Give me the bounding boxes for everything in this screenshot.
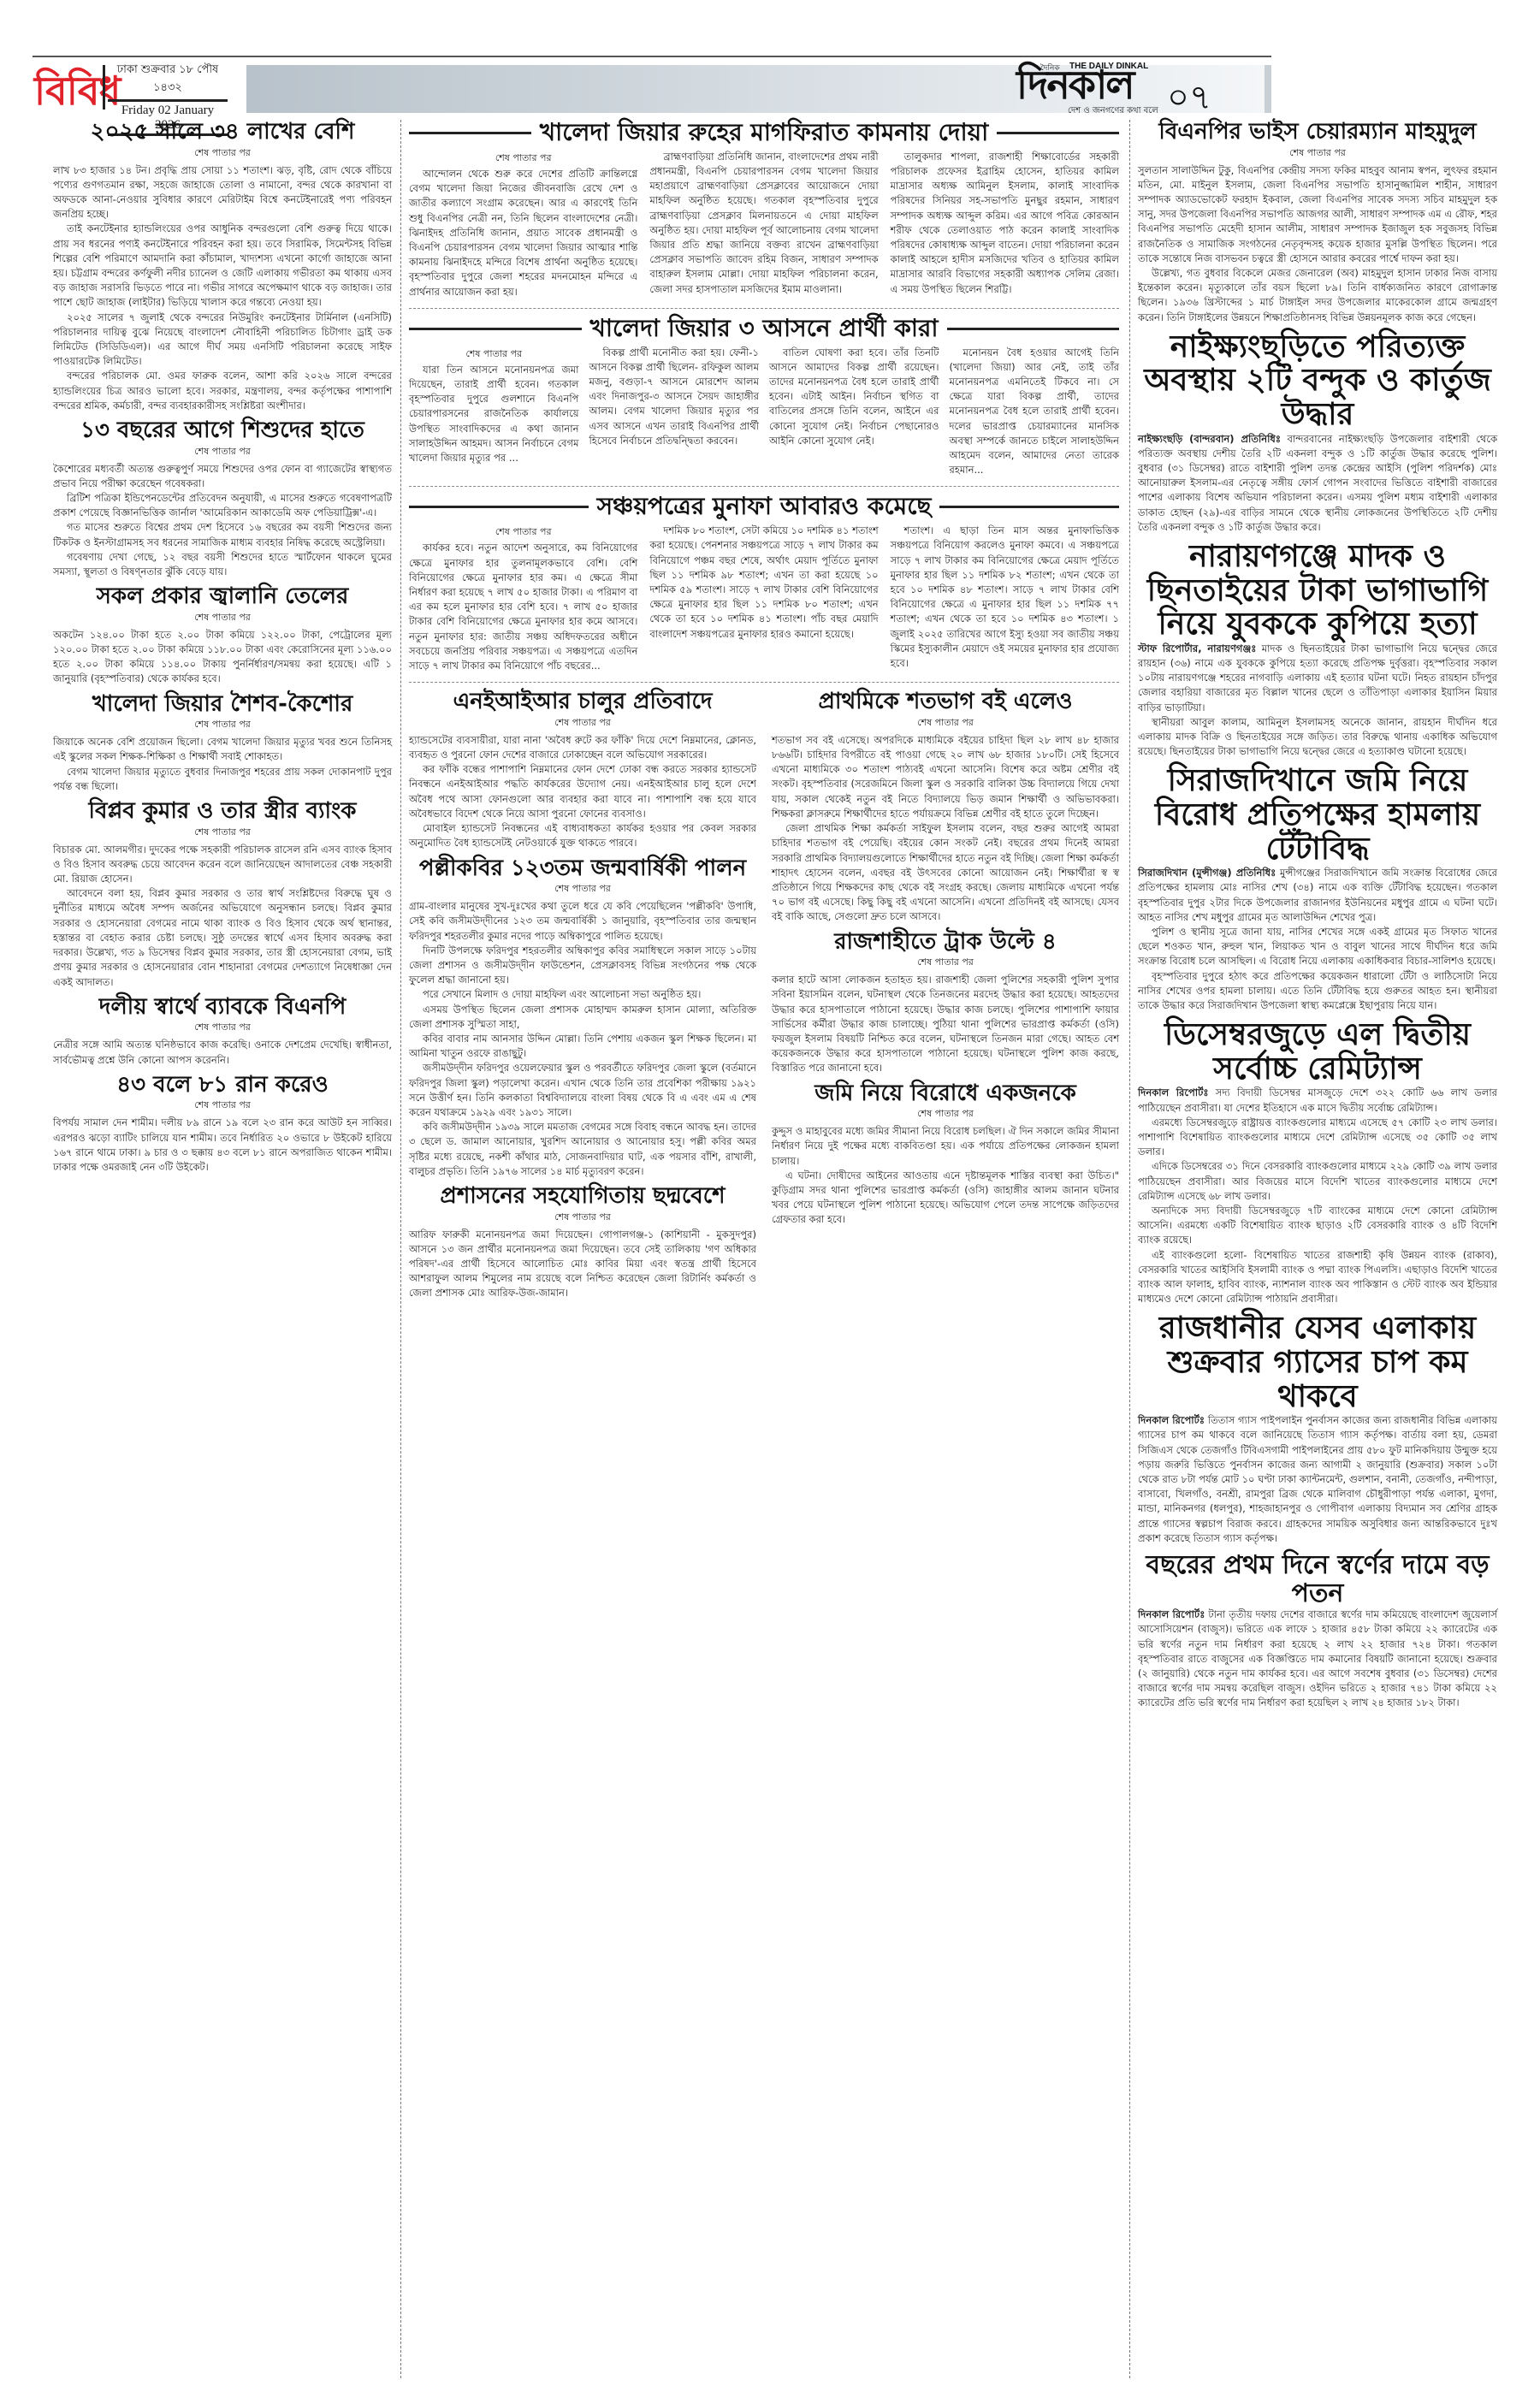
- paragraph: মোবাইল হ্যান্ডসেট নিবন্ধনের এই বাধ্যবাধক…: [409, 821, 756, 850]
- article-body: দিনকাল রিপোর্টঃ টানা তৃতীয় দফায় দেশের …: [1138, 1607, 1497, 1710]
- logo-tagline: দেশ ও জনগণের কথা বলে: [1068, 104, 1158, 119]
- article-body: সুলতান সালাউদ্দিন টুকু, বিএনপির কেন্দ্রী…: [1138, 163, 1497, 325]
- paragraph: এই ব্যাংকগুলো হলো- বিশেষায়িত খাতের রাজশ…: [1138, 1248, 1497, 1307]
- article-body: শতভাগ সব বই এসেছে। অপরদিকে মাধ্যমিকে বইয…: [772, 733, 1119, 925]
- article-children-phones: ১৩ বছরের আগে শিশুদের হাতে শেষ পাতার পর ক…: [53, 418, 392, 579]
- article-body: বিপর্যয় সামাল দেন শামীম। দলীয় ৮৯ রানে …: [53, 1116, 392, 1175]
- section-divider: [409, 308, 1119, 309]
- paragraph: এ ঘটনা। দোষীদের আইনের আওতায় এনে দৃষ্টান…: [772, 1169, 1119, 1228]
- headline-rule: [947, 328, 1120, 330]
- paragraph: ব্রিটিশ পত্রিকা ইন্ডিপেনডেন্টের প্রতিবেদ…: [53, 491, 392, 520]
- headline-rule: [409, 328, 582, 330]
- paragraph: শতভাগ সব বই এসেছে। অপরদিকে মাধ্যমিকে বইয…: [772, 733, 1119, 821]
- article-body: কলার হাটে আসা লোকজন হতাহত হয়। রাজশাহী জ…: [772, 973, 1119, 1075]
- paragraph: কৈশোরের মধ্যবর্তী অত্যন্ত গুরুত্বপুর্ণ স…: [53, 462, 392, 491]
- continued-label: শেষ পাতার পর: [53, 1020, 392, 1036]
- article-sirajdikhan-attack: সিরাজদিখানে জমি নিয়ে বিরোধ প্রতিপক্ষের …: [1138, 764, 1497, 1013]
- headline: খালেদা জিয়ার ৩ আসনে প্রার্থী কারা: [590, 316, 939, 342]
- paragraph: বিকল্প প্রার্থী মনোনীত করা হয়। ফেনী-১ আ…: [589, 346, 760, 478]
- article-gas-pressure: রাজধানীর যেসব এলাকায় শুক্রবার গ্যাসের চ…: [1138, 1311, 1497, 1546]
- article-body: অকটেন ১২৪.০০ টাকা হতে ২.০০ টাকা কমিয়ে ১…: [53, 628, 392, 687]
- paragraph: গ্রাম-বাংলার মানুষের সুখ-দুঃখের কথা তুলে…: [409, 899, 756, 944]
- headline-rule: [409, 506, 589, 508]
- article-body: শেষ পাতার পর যারা তিন আসনে মনোনয়নপত্র জ…: [409, 346, 1119, 478]
- paragraph: বিচারক মো. আলমগীর। দুদকের পক্ষে সহকারী প…: [53, 843, 392, 887]
- article-primary-books: প্রাথমিকে শতভাগ বই এলেও শেষ পাতার পর শতভ…: [772, 690, 1119, 924]
- continued-label: শেষ পাতার পর: [409, 524, 637, 539]
- headline: নারায়ণগঞ্জে মাদক ও ছিনতাইয়ের টাকা ভাগা…: [1138, 540, 1497, 642]
- masthead-divider: [103, 65, 105, 110]
- continued-label: শেষ পাতার পর: [1138, 145, 1497, 162]
- text-column: শেষ পাতার পর যারা তিন আসনে মনোনয়নপত্র জ…: [409, 346, 579, 478]
- continued-label: শেষ পাতার পর: [53, 1098, 392, 1114]
- byline: দিনকাল রিপোর্টঃ: [1138, 1608, 1205, 1620]
- logo-wordmark: দিনকাল: [1016, 65, 1134, 104]
- paragraph: বিপর্যয় সামাল দেন শামীম। দলীয় ৮৯ রানে …: [53, 1116, 392, 1175]
- continued-label: শেষ পাতার পর: [409, 881, 756, 897]
- continued-label: শেষ পাতার পর: [772, 955, 1119, 971]
- masthead-band-end: [1265, 65, 1271, 113]
- headline: খালেদা জিয়ার রুহের মাগফিরাত কামনায় দোয…: [540, 120, 989, 146]
- paragraph: কর ফাঁকি বন্ধের পাশাপাশি নিম্নমানের ফোন …: [409, 762, 756, 821]
- headline: রাজধানীর যেসব এলাকায় শুক্রবার গ্যাসের চ…: [1138, 1311, 1497, 1413]
- byline: দিনকাল রিপোর্টঃ: [1138, 1414, 1205, 1426]
- paragraph: তাই কনটেইনার হ্যান্ডলিংয়ের ওপর আধুনিক ব…: [53, 222, 392, 310]
- headline: সিরাজদিখানে জমি নিয়ে বিরোধ প্রতিপক্ষের …: [1138, 764, 1497, 866]
- article-body: দিনকাল রিপোর্টঃ তিতাস গ্যাস পাইপলাইন পুন…: [1138, 1413, 1497, 1546]
- paragraph: দিনটি উপলক্ষে ফরিদপুর শহরতলীর অম্বিকাপুর…: [409, 944, 756, 988]
- paragraph: কুদ্দুস ও মাহাবুবের মধ্যে জমির সীমানা নি…: [772, 1124, 1119, 1169]
- article-body: জিয়াকে অনেক বেশি প্রয়োজন ছিলো। বেগম খা…: [53, 735, 392, 794]
- article-admin-cooperation: প্রশাসনের সহযোগিতায় ছদ্মবেশে শেষ পাতার …: [409, 1184, 756, 1301]
- paragraph: এরমধ্যে ডিসেম্বরজুড়ে রাষ্ট্রায়ত্ত ব্যা…: [1138, 1116, 1497, 1160]
- byline: স্টাফ রিপোর্টার, নারায়ণগঞ্জঃ: [1138, 642, 1256, 654]
- continued-label: শেষ পাতার পর: [772, 715, 1119, 731]
- headline: ২০২৫ সালে ৩৪ লাখের বেশি: [53, 120, 392, 145]
- article-sanchayapatra: সঞ্চয়পত্রের মুনাফা আবারও কমেছে শেষ পাতা…: [409, 494, 1119, 673]
- text-column: শেষ পাতার পর আন্দোলন থেকে শুরু করে দেশের…: [409, 150, 637, 299]
- paragraph: অকটেন ১২৪.০০ টাকা হতে ২.০০ টাকা কমিয়ে ১…: [53, 628, 392, 687]
- column-divider: [400, 120, 401, 2378]
- article-cricket-shamim: ৪৩ বলে ৮১ রান করেও শেষ পাতার পর বিপর্যয়…: [53, 1073, 392, 1175]
- two-column-section: এনইআইআর চালুর প্রতিবাদে শেষ পাতার পর হ্য…: [409, 690, 1119, 1306]
- ruled-headline: খালেদা জিয়ার ৩ আসনে প্রার্থী কারা: [409, 316, 1119, 342]
- paragraph: পুলিশ ও স্থানীয় সূত্রে জানা যায়, নাসির…: [1138, 925, 1497, 969]
- headline: নাইক্ষ্যংছড়িতে পরিত্যক্ত অবস্থায় ২টি ব…: [1138, 330, 1497, 432]
- headline: প্রাথমিকে শতভাগ বই এলেও: [772, 690, 1119, 714]
- article-body: শেষ পাতার পর কার্যকর হবে। নতুন আদেশ অনুস…: [409, 524, 1119, 673]
- paragraph: আবেদনে বলা হয়, বিপ্লব কুমার সরকার ও তার…: [53, 886, 392, 989]
- paragraph: স্থানীয়রা আবুল কালাম, আমিনুল ইসলামসহ অন…: [1138, 715, 1497, 760]
- headline: খালেদা জিয়ার শৈশব-কৈশোর: [53, 692, 392, 717]
- headline: বিএনপির ভাইস চেয়ারম্যান মাহমুদুল: [1138, 120, 1497, 145]
- paragraph: আরিফ ফারুকী মনোনয়নপত্র জমা দিয়েছেন। গো…: [409, 1228, 756, 1301]
- middle-column: খালেদা জিয়ার রুহের মাগফিরাত কামনায় দোয…: [409, 120, 1119, 1306]
- top-rule: [33, 56, 1271, 57]
- continued-label: শেষ পাতার পর: [53, 145, 392, 162]
- article-body: স্টাফ রিপোর্টার, নারায়ণগঞ্জঃ মাদক ও ছিন…: [1138, 642, 1497, 760]
- article-biplob-bank: বিপ্লব কুমার ও তার স্ত্রীর ব্যাংক শেষ পা…: [53, 799, 392, 990]
- paragraph: এসময় উপস্থিত ছিলেন জেলা প্রশাসক মোহাম্ম…: [409, 1003, 756, 1032]
- article-body: কুদ্দুস ও মাহাবুবের মধ্যে জমির সীমানা নি…: [772, 1124, 1119, 1227]
- headline: রাজশাহীতে ট্রাক উল্টে ৪: [772, 930, 1119, 955]
- masthead: বিবিধ ঢাকা শুক্রবার ১৮ পৌষ ১৪৩২ Friday 0…: [33, 60, 1528, 116]
- headline: ডিসেম্বরজুড়ে এল দ্বিতীয় সর্বোচ্চ রেমিট…: [1138, 1018, 1497, 1086]
- headline: বিপ্লব কুমার ও তার স্ত্রীর ব্যাংক: [53, 799, 392, 824]
- paragraph: বন্দরের পরিচালক মো. ওমর ফারুক বলেন, আশা …: [53, 369, 392, 413]
- article-body: দিনকাল রিপোর্টঃ সদ্য বিদায়ী ডিসেম্বর মা…: [1138, 1086, 1497, 1306]
- paragraph: তিতাস গ্যাস পাইপলাইন পুনর্বাসন কাজের জন্…: [1138, 1414, 1497, 1544]
- paragraph: কার্যকর হবে। নতুন আদেশ অনুসারে, কম বিনিয…: [409, 541, 637, 673]
- right-column: বিএনপির ভাইস চেয়ারম্যান মাহমুদুল শেষ পা…: [1138, 120, 1497, 1716]
- article-body: নেত্রীর সঙ্গে আমি অত্যন্ত ঘনিষ্ঠভাবে কাজ…: [53, 1038, 392, 1067]
- paragraph: বেগম খালেদা জিয়ার মৃত্যুতে বুধবার দিনাজ…: [53, 765, 392, 794]
- article-neir: এনইআইআর চালুর প্রতিবাদে শেষ পাতার পর হ্য…: [409, 690, 756, 850]
- headline: ১৩ বছরের আগে শিশুদের হাতে: [53, 418, 392, 443]
- article-gold-price: বছরের প্রথম দিনে স্বর্ণের দামে বড় পতন দ…: [1138, 1551, 1497, 1710]
- article-body: নাইক্ষ্যংছড়ি (বান্দরবান) প্রতিনিধিঃ বান…: [1138, 432, 1497, 535]
- paragraph: শতাংশ। এ ছাড়া তিন মাস অন্তর মুনাফাভিত্ত…: [891, 524, 1119, 673]
- paragraph: গবেষণায় দেখা গেছে, ১২ বছর বয়সী শিশুদের…: [53, 550, 392, 579]
- article-body: লাখ ৮৩ হাজার ১৪ টন। প্রবৃদ্ধি প্রায় সোয…: [53, 163, 392, 413]
- article-khaleda-childhood: খালেদা জিয়ার শৈশব-কৈশোর শেষ পাতার পর জি…: [53, 692, 392, 794]
- paragraph: যারা তিন আসনে মনোনয়নপত্র জমা দিয়েছেন, …: [409, 363, 579, 465]
- paragraph: ২০২৫ সালের ৭ জুলাই থেকে বন্দরের নিউমুরিং…: [53, 311, 392, 370]
- paragraph: নেত্রীর সঙ্গে আমি অত্যন্ত ঘনিষ্ঠভাবে কাজ…: [53, 1038, 392, 1067]
- article-narayanganj-murder: নারায়ণগঞ্জে মাদক ও ছিনতাইয়ের টাকা ভাগা…: [1138, 540, 1497, 759]
- paragraph: জসীমউদ্‌দীন ফরিদপুর ওয়েলফেয়ার স্কুল ও …: [409, 1061, 756, 1120]
- mid-left-subcolumn: এনইআইআর চালুর প্রতিবাদে শেষ পাতার পর হ্য…: [409, 690, 756, 1306]
- headline: সকল প্রকার জ্বালানি তেলের: [53, 584, 392, 609]
- paragraph: কবির বাবার নাম আনসার উদ্দিন মোল্লা। তিনি…: [409, 1032, 756, 1061]
- paragraph: ব্রাহ্মণবাড়িয়া প্রতিনিধি জানান, বাংলাদ…: [649, 150, 878, 299]
- article-naikhongchhari-guns: নাইক্ষ্যংছড়িতে পরিত্যক্ত অবস্থায় ২টি ব…: [1138, 330, 1497, 535]
- headline: সঞ্চয়পত্রের মুনাফা আবারও কমেছে: [597, 494, 932, 520]
- paragraph: টানা তৃতীয় দফায় দেশের বাজারে স্বর্ণের …: [1138, 1608, 1497, 1708]
- ruled-headline: সঞ্চয়পত্রের মুনাফা আবারও কমেছে: [409, 494, 1119, 520]
- text-column: শেষ পাতার পর কার্যকর হবে। নতুন আদেশ অনুস…: [409, 524, 637, 673]
- article-body: শেষ পাতার পর আন্দোলন থেকে শুরু করে দেশের…: [409, 150, 1119, 299]
- headline: প্রশাসনের সহযোগিতায় ছদ্মবেশে: [409, 1184, 756, 1209]
- paragraph: এদিকে ডিসেম্বরের ৩১ দিনে বেসরকারি ব্যাংক…: [1138, 1159, 1497, 1204]
- continued-label: শেষ পাতার পর: [53, 717, 392, 733]
- paragraph: বান্দরবানের নাইক্ষ্যংছড়ি উপজেলার বাইশার…: [1138, 433, 1497, 533]
- headline-rule: [409, 132, 531, 134]
- continued-label: শেষ পাতার পর: [409, 346, 579, 361]
- byline: সিরাজদিখান (মুন্সীগঞ্জ) প্রতিনিধিঃ: [1138, 867, 1276, 879]
- section-divider: [409, 486, 1119, 487]
- headline: পল্লীকবির ১২৩তম জন্মবার্ষিকী পালন: [409, 856, 756, 881]
- paragraph: আন্দোলন থেকে শুরু করে দেশের প্রতিটি ক্রা…: [409, 167, 637, 299]
- article-port-containers: ২০২৫ সালে ৩৪ লাখের বেশি শেষ পাতার পর লাখ…: [53, 120, 392, 413]
- article-three-seats: খালেদা জিয়ার ৩ আসনে প্রার্থী কারা শেষ প…: [409, 316, 1119, 478]
- continued-label: শেষ পাতার পর: [53, 825, 392, 841]
- column-divider: [1129, 120, 1130, 2378]
- date-bengali: ঢাকা শুক্রবার ১৮ পৌষ ১৪৩২: [108, 62, 228, 102]
- article-mahmudul-hasan: বিএনপির ভাইস চেয়ারম্যান মাহমুদুল শেষ পা…: [1138, 120, 1497, 325]
- article-body: কৈশোরের মধ্যবর্তী অত্যন্ত গুরুত্বপুর্ণ স…: [53, 462, 392, 580]
- paragraph: তালুকদার শাপলা, রাজশাহী শিক্ষাবোর্ডের সহ…: [891, 150, 1119, 299]
- article-body: হ্যান্ডসেটের ব্যবসায়ীরা, যারা নানা 'অবৈ…: [409, 733, 756, 851]
- paragraph: হ্যান্ডসেটের ব্যবসায়ীরা, যারা নানা 'অবৈ…: [409, 733, 756, 762]
- paragraph: কলার হাটে আসা লোকজন হতাহত হয়। রাজশাহী জ…: [772, 973, 1119, 1075]
- paragraph: জিয়াকে অনেক বেশি প্রয়োজন ছিলো। বেগম খা…: [53, 735, 392, 764]
- paragraph: কবি জসীমউদ্‌দীন ১৯৩৯ সালে মমতাজ বেগমের স…: [409, 1120, 756, 1179]
- mid-right-subcolumn: প্রাথমিকে শতভাগ বই এলেও শেষ পাতার পর শতভ…: [772, 690, 1119, 1306]
- continued-label: শেষ পাতার পর: [409, 715, 756, 731]
- headline: বছরের প্রথম দিনে স্বর্ণের দামে বড় পতন: [1138, 1551, 1497, 1607]
- headline: জমি নিয়ে বিরোধে একজনকে: [772, 1081, 1119, 1106]
- article-doa-mahfil: খালেদা জিয়ার রুহের মাগফিরাত কামনায় দোয…: [409, 120, 1119, 299]
- article-remittance: ডিসেম্বরজুড়ে এল দ্বিতীয় সর্বোচ্চ রেমিট…: [1138, 1018, 1497, 1306]
- headline-rule: [939, 506, 1119, 508]
- paragraph: মনোনয়ন বৈধ হওয়ার আগেই তিনি (খালেদা জিয…: [950, 346, 1120, 478]
- paragraph: বৃহস্পতিবার দুপুরে হঠাৎ করে প্রতিপক্ষের …: [1138, 969, 1497, 1014]
- headline: দলীয় স্বার্থে ব্যাবকে বিএনপি: [53, 995, 392, 1020]
- paragraph: গত মাসের শুরুতে বিশ্বের প্রথম দেশ হিসেবে…: [53, 520, 392, 549]
- section-divider: [409, 682, 1119, 683]
- paragraph: লাখ ৮৩ হাজার ১৪ টন। প্রবৃদ্ধি প্রায় সোয…: [53, 163, 392, 222]
- article-bnp-party-interest: দলীয় স্বার্থে ব্যাবকে বিএনপি শেষ পাতার …: [53, 995, 392, 1068]
- article-body: বিচারক মো. আলমগীর। দুদকের পক্ষে সহকারী প…: [53, 843, 392, 990]
- article-fuel-prices: সকল প্রকার জ্বালানি তেলের শেষ পাতার পর অ…: [53, 584, 392, 686]
- continued-label: শেষ পাতার পর: [409, 151, 637, 165]
- ruled-headline: খালেদা জিয়ার রুহের মাগফিরাত কামনায় দোয…: [409, 120, 1119, 146]
- article-body: আরিফ ফারুকী মনোনয়নপত্র জমা দিয়েছেন। গো…: [409, 1228, 756, 1301]
- article-rajshahi-truck: রাজশাহীতে ট্রাক উল্টে ৪ শেষ পাতার পর কলা…: [772, 930, 1119, 1076]
- headline: ৪৩ বলে ৮১ রান করেও: [53, 1073, 392, 1098]
- article-pallikabi: পল্লীকবির ১২৩তম জন্মবার্ষিকী পালন শেষ পা…: [409, 856, 756, 1179]
- continued-label: শেষ পাতার পর: [772, 1106, 1119, 1122]
- byline: দিনকাল রিপোর্টঃ: [1138, 1086, 1209, 1098]
- paragraph: বাতিল ঘোষণা করা হবে। তাঁর তিনটি আসনে আমা…: [769, 346, 939, 478]
- article-body: সিরাজদিখান (মুন্সীগঞ্জ) প্রতিনিধিঃ মুন্স…: [1138, 866, 1497, 1013]
- paragraph: পরে সেখানে মিলাদ ও দোয়া মাহফিল এবং আলোচ…: [409, 987, 756, 1002]
- continued-label: শেষ পাতার পর: [53, 444, 392, 460]
- byline: নাইক্ষ্যংছড়ি (বান্দরবান) প্রতিনিধিঃ: [1138, 433, 1281, 445]
- left-column: ২০২৫ সালে ৩৪ লাখের বেশি শেষ পাতার পর লাখ…: [53, 120, 392, 1180]
- article-land-dispute: জমি নিয়ে বিরোধে একজনকে শেষ পাতার পর কুদ…: [772, 1081, 1119, 1228]
- paragraph: দশমিক ৮০ শতাংশ, সেটা কমিয়ে ১০ দশমিক ৪১ …: [649, 524, 878, 673]
- headline-rule: [997, 132, 1119, 134]
- article-body: গ্রাম-বাংলার মানুষের সুখ-দুঃখের কথা তুলে…: [409, 899, 756, 1179]
- paragraph: অন্যদিকে সদ্য বিদায়ী ডিসেম্বরজুড়ে ৭টি …: [1138, 1204, 1497, 1248]
- continued-label: শেষ পাতার পর: [53, 610, 392, 626]
- paragraph: সুলতান সালাউদ্দিন টুকু, বিএনপির কেন্দ্রী…: [1138, 163, 1497, 266]
- paragraph: উল্লেখ্য, গত বুধবার বিকেলে মেজর জেনারেল …: [1138, 266, 1497, 325]
- paragraph: জেলা প্রাথমিক শিক্ষা কর্মকর্তা সাইফুল ইস…: [772, 821, 1119, 924]
- headline: এনইআইআর চালুর প্রতিবাদে: [409, 690, 756, 714]
- continued-label: শেষ পাতার পর: [409, 1210, 756, 1226]
